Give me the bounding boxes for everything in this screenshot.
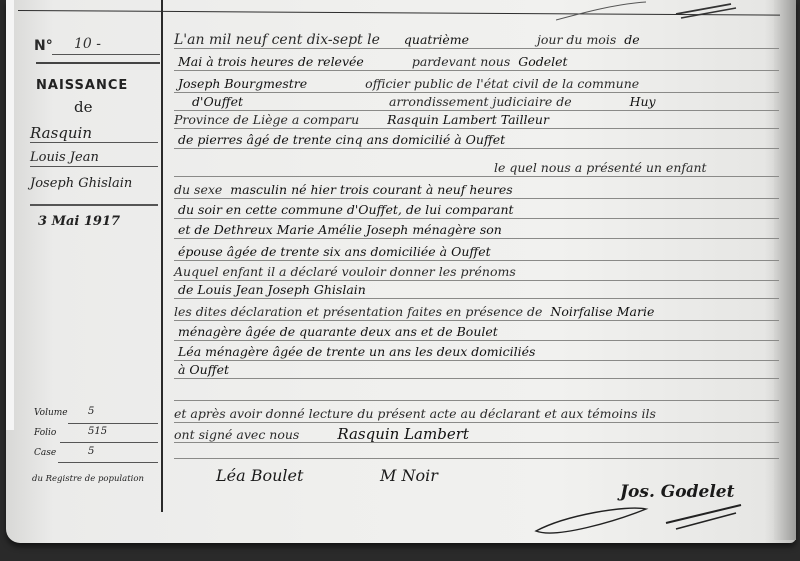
filled-month-time: Mai à trois heures de relevée: [174, 54, 368, 69]
folio-rule: [60, 442, 158, 443]
signature-flourish-icon: [526, 485, 756, 545]
entry-number-value: 10 -: [74, 36, 101, 52]
birth-date: 3 Mai 1917: [38, 214, 120, 229]
printed-text: Province de Liège a comparu: [174, 112, 359, 127]
body-line-3: Joseph Bourgmestre officier public de l'…: [174, 74, 779, 94]
body-line-20: ont signé avec nous Rasquin Lambert: [174, 424, 779, 444]
number-rule: [52, 54, 160, 55]
case-rule: [58, 462, 158, 463]
child-given-names-2: Joseph Ghislain: [30, 176, 132, 191]
name-double-rule: [30, 204, 158, 206]
printed-text: et après avoir donné lecture du présent …: [174, 406, 656, 421]
filled-commune: d'Ouffet: [188, 94, 247, 109]
filled-officer-title: Joseph Bourgmestre: [174, 76, 311, 91]
filled-witness-2-details: Léa ménagère âgée de trente un ans les d…: [174, 344, 539, 359]
body-line-16: Léa ménagère âgée de trente un ans les d…: [174, 342, 779, 362]
printed-text: Auquel enfant il a déclaré vouloir donne…: [174, 264, 516, 279]
body-line-5: Province de Liège a comparu Rasquin Lamb…: [174, 110, 779, 130]
body-line-8: du sexe masculin né hier trois courant à…: [174, 180, 779, 200]
register-page: N° 10 - NAISSANCE de Rasquin Louis Jean …: [6, 0, 796, 543]
prior-signature-flourish-icon: [556, 0, 756, 22]
body-line-9: du soir en cette commune d'Ouffet, de lu…: [174, 200, 779, 220]
body-line-2: Mai à trois heures de relevée pardevant …: [174, 52, 779, 72]
naissance-heading: NAISSANCE: [36, 78, 128, 93]
filled-district: Huy: [626, 94, 660, 109]
body-line-15: ménagère âgée de quarante deux ans et de…: [174, 322, 779, 342]
filled-sex-birth-time: masculin né hier trois courant à neuf he…: [226, 182, 516, 197]
body-line-19: et après avoir donné lecture du présent …: [174, 404, 779, 424]
child-given-names-1: Louis Jean: [30, 150, 99, 165]
witness-1-signature: Léa Boulet: [216, 466, 303, 485]
filled-mother-details: épouse âgée de trente six ans domiciliée…: [174, 244, 495, 259]
naissance-de: de: [74, 98, 92, 116]
folio-value: 515: [88, 426, 107, 437]
printed-text: ont signé avec nous: [174, 427, 299, 442]
margin-divider: [161, 0, 163, 512]
filled-birthplace: du soir en cette commune d'Ouffet, de lu…: [174, 202, 518, 217]
page-edge-left: [6, 0, 14, 430]
printed-text: officier public de l'état civil de la co…: [365, 76, 639, 91]
folio-label: Folio: [34, 428, 56, 438]
volume-value: 5: [88, 406, 94, 417]
case-value: 5: [88, 446, 94, 457]
filled-given-names: de Louis Jean Joseph Ghislain: [174, 282, 370, 297]
filled-officer-surname: Godelet: [514, 54, 571, 69]
signature-rule: [174, 458, 779, 459]
body-line-4: d'Ouffet arrondissement judiciaire de Hu…: [174, 92, 779, 112]
body-line-14: les dites déclaration et présentation fa…: [174, 302, 779, 322]
case-label: Case: [34, 448, 56, 458]
body-line-11: épouse âgée de trente six ans domiciliée…: [174, 242, 779, 262]
witness-2-signature: M Noir: [380, 466, 438, 485]
body-line-7: le quel nous a présenté un enfant: [174, 158, 779, 178]
filled-witness-residence: à Ouffet: [174, 362, 233, 377]
printed-text: les dites déclaration et présentation fa…: [174, 304, 542, 319]
printed-text: jour du mois: [537, 32, 616, 47]
filled-text: de: [620, 32, 643, 47]
name-rule-2: [30, 166, 158, 167]
child-surname: Rasquin: [30, 124, 92, 142]
filled-witness-1-details: ménagère âgée de quarante deux ans et de…: [174, 324, 502, 339]
filled-mother: et de Dethreux Marie Amélie Joseph ménag…: [174, 222, 506, 237]
body-line-12: Auquel enfant il a déclaré vouloir donne…: [174, 262, 779, 282]
body-line-17: à Ouffet: [174, 360, 779, 380]
volume-rule: [68, 423, 158, 424]
body-line-1: L'an mil neuf cent dix-sept le quatrième…: [174, 30, 779, 50]
volume-label: Volume: [34, 408, 68, 418]
margin-column: N° 10 - NAISSANCE de Rasquin Louis Jean …: [26, 0, 156, 540]
entry-number-label: N°: [34, 38, 53, 54]
printed-text: L'an mil neuf cent dix-sept le: [174, 32, 380, 48]
printed-text: du sexe: [174, 182, 222, 197]
body-line-10: et de Dethreux Marie Amélie Joseph ménag…: [174, 220, 779, 240]
body-line-18: [174, 382, 779, 402]
filled-witness-1: Noirfalise Marie: [546, 304, 658, 319]
declarant-signature: Rasquin Lambert: [333, 425, 473, 443]
filled-declarant-details: de pierres âgé de trente cinq ans domici…: [174, 132, 509, 147]
printed-text: pardevant nous: [412, 54, 510, 69]
number-double-rule: [36, 62, 160, 64]
name-rule-1: [30, 142, 158, 143]
filled-day: quatrième: [400, 32, 473, 47]
register-footer: du Registre de population: [32, 474, 144, 484]
body-line-6: de pierres âgé de trente cinq ans domici…: [174, 130, 779, 150]
printed-text: le quel nous a présenté un enfant: [494, 160, 707, 175]
filled-declarant: Rasquin Lambert Tailleur: [383, 112, 553, 127]
printed-text: arrondissement judiciaire de: [389, 94, 572, 109]
body-line-13: de Louis Jean Joseph Ghislain: [174, 280, 779, 300]
